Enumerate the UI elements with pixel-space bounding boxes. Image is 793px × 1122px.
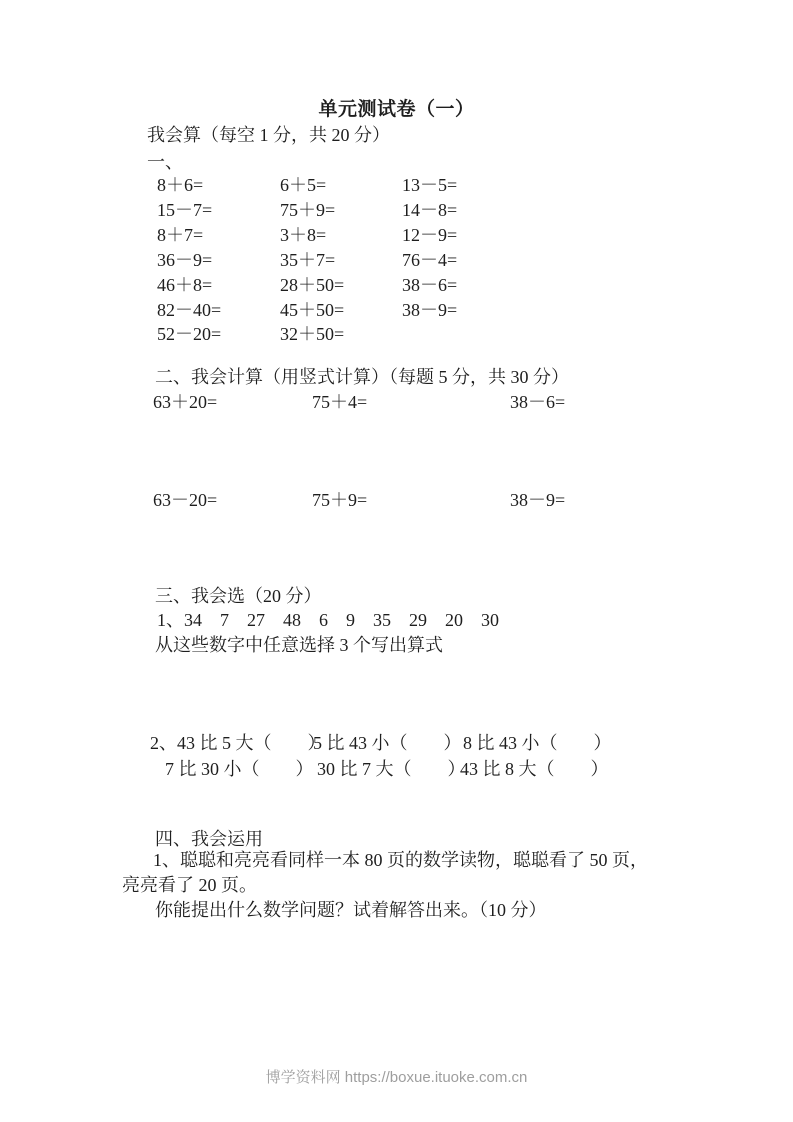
problem: 75＋9= (280, 196, 402, 222)
problem: 38－9= (510, 486, 565, 512)
problem: 8＋6= (157, 171, 280, 197)
problem: 35＋7= (280, 246, 402, 272)
section3-compare-line1: 2、43 比 5 大（ ） 5 比 43 小（ ） 8 比 43 小（ ） (150, 729, 612, 755)
problem: 15－7= (157, 196, 280, 222)
problem-row: 52－20= 32＋50= (157, 321, 457, 346)
problem-row: 8＋7= 3＋8= 12－9= (157, 222, 457, 247)
problem: 38－6= (402, 271, 457, 297)
problem: 46＋8= (157, 271, 280, 297)
problem: 13－5= (402, 171, 457, 197)
problem: 12－9= (402, 221, 457, 247)
section1-problem-grid: 8＋6= 6＋5= 13－5= 15－7= 75＋9= 14－8= 8＋7= 3… (157, 172, 457, 346)
section4-problem-line2: 亮亮看了 20 页。 (122, 871, 257, 897)
section1-label: 一、 (147, 148, 183, 174)
problem-row: 15－7= 75＋9= 14－8= (157, 197, 457, 222)
problem: 6＋5= (280, 171, 402, 197)
section4-problem-line3: 你能提出什么数学问题？试着解答出来。（10 分） (155, 896, 547, 922)
section3-instruction: 从这些数字中任意选择 3 个写出算式 (155, 631, 443, 657)
section2-row2: 63－20= 75＋9= 38－9= (153, 486, 565, 512)
problem: 63－20= (153, 486, 312, 512)
problem: 3＋8= (280, 221, 402, 247)
problem: 75＋4= (312, 388, 510, 414)
section3-number-list: 1、34 7 27 48 6 9 35 29 20 30 (157, 606, 499, 632)
problem: 38－9= (402, 296, 457, 322)
problem-row: 46＋8= 28＋50= 38－6= (157, 271, 457, 296)
compare-item: 8 比 43 小（ ） (463, 729, 612, 755)
problem: 14－8= (402, 196, 457, 222)
section4-problem-line1: 1、聪聪和亮亮看同样一本 80 页的数学读物，聪聪看了 50 页， (153, 846, 648, 872)
problem: 36－9= (157, 246, 280, 272)
section2-row1: 63＋20= 75＋4= 38－6= (153, 388, 565, 414)
compare-item: 2、43 比 5 大（ ） (150, 729, 313, 755)
section2-heading: 二、我会计算（用竖式计算）（每题 5 分，共 30 分） (155, 363, 569, 389)
problem-row: 82－40= 45＋50= 38－9= (157, 296, 457, 321)
problem: 63＋20= (153, 388, 312, 414)
problem-row: 8＋6= 6＋5= 13－5= (157, 172, 457, 197)
problem: 28＋50= (280, 271, 402, 297)
problem: 32＋50= (280, 320, 402, 346)
compare-item: 5 比 43 小（ ） (313, 729, 463, 755)
problem: 8＋7= (157, 221, 280, 247)
problem: 45＋50= (280, 296, 402, 322)
section3-heading: 三、我会选（20 分） (155, 582, 322, 608)
page-title: 单元测试卷（一） (0, 94, 793, 121)
problem: 76－4= (402, 246, 457, 272)
problem: 82－40= (157, 296, 280, 322)
compare-item: 7 比 30 小（ ） (165, 755, 317, 781)
test-paper-page: 单元测试卷（一） 我会算（每空 1 分，共 20 分） 一、 8＋6= 6＋5=… (0, 0, 793, 1122)
compare-item: 30 比 7 大（ ） (317, 755, 460, 781)
problem: 75＋9= (312, 486, 510, 512)
section3-compare-line2: 7 比 30 小（ ） 30 比 7 大（ ） 43 比 8 大（ ） (165, 755, 609, 781)
problem: 38－6= (510, 388, 565, 414)
problem-row: 36－9= 35＋7= 76－4= (157, 247, 457, 272)
compare-item: 43 比 8 大（ ） (460, 755, 609, 781)
problem: 52－20= (157, 320, 280, 346)
section1-intro: 我会算（每空 1 分，共 20 分） (147, 121, 390, 147)
footer-watermark: 博学资料网 https://boxue.ituoke.com.cn (0, 1066, 793, 1087)
